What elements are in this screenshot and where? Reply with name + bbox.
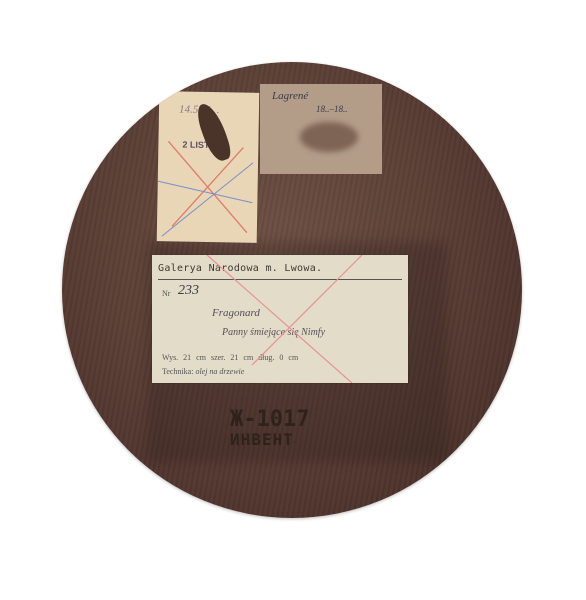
label-top-right: Lagrené 18..–18.. — [260, 84, 382, 174]
stamp-line-1: Ж-1017 — [230, 410, 309, 430]
cross-marks — [157, 131, 259, 243]
label-top-left: 14.5.3/… 2 LIST…40 — [157, 91, 260, 243]
stamp-line-2: ИНВЕНТ — [230, 430, 309, 450]
handwriting: Lagrené — [272, 90, 308, 102]
inventory-stamp: Ж-1017 ИНВЕНТ — [230, 410, 309, 450]
wooden-panel: 14.5.3/… 2 LIST…40 Lagrené 18..–18.. Gal… — [62, 62, 522, 518]
stain — [300, 122, 358, 152]
main-inventory-label: Galerya Narodowa m. Lwowa. Nr 233 Fragon… — [152, 255, 408, 383]
cross-marks — [152, 255, 408, 383]
date-handwriting: 18..–18.. — [316, 104, 348, 114]
